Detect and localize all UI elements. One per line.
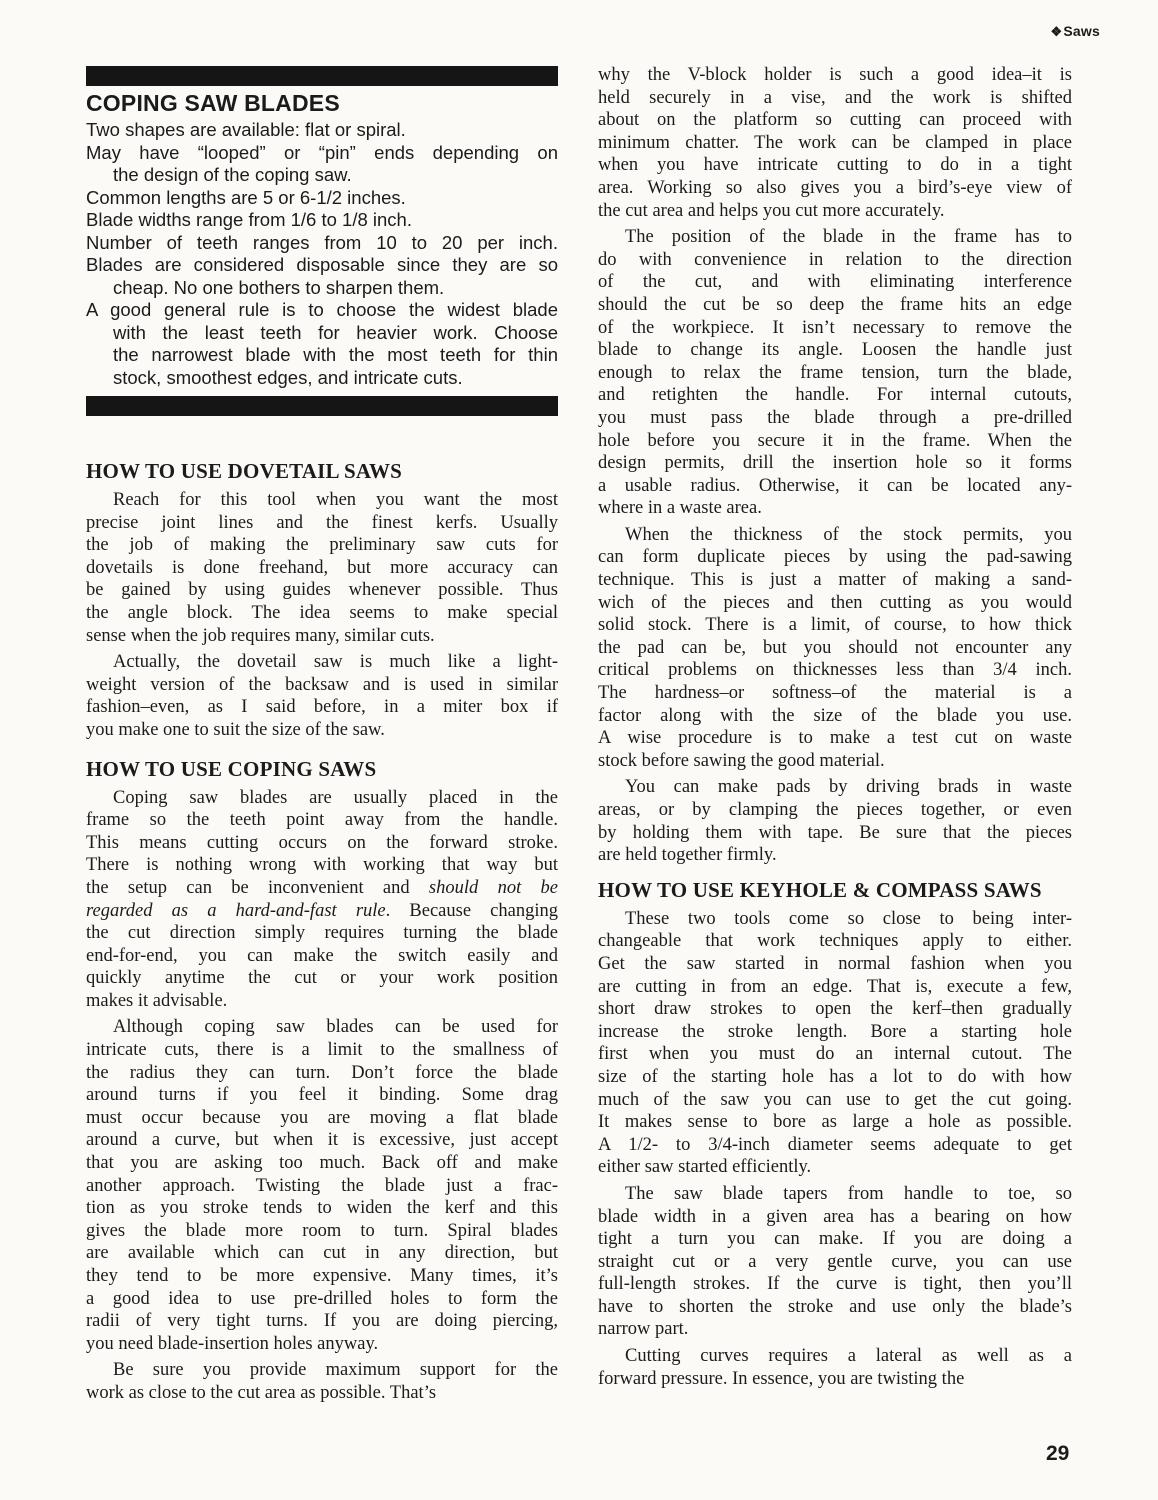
text-line: Coping saw blades are usually placed in … bbox=[86, 787, 558, 810]
text-line: size of the starting hole has a lot to d… bbox=[598, 1066, 1072, 1089]
paragraph: Coping saw blades are usually placed in … bbox=[86, 787, 558, 1013]
text-line: about on the platform so cutting can pro… bbox=[598, 109, 1072, 132]
text-line: sense when the job requires many, simila… bbox=[86, 625, 558, 648]
text-line: when you have intricate cutting to do in… bbox=[598, 154, 1072, 177]
section: HOW TO USE COPING SAWSCoping saw blades … bbox=[86, 756, 558, 1405]
text-line: frame so the teeth point away from the h… bbox=[86, 809, 558, 832]
paragraph: Cutting curves requires a lateral as wel… bbox=[598, 1345, 1072, 1390]
fact-item: Two shapes are available: flat or spiral… bbox=[86, 119, 558, 142]
text-line: fashion–even, as I said before, in a mit… bbox=[86, 696, 558, 719]
top-rule-bar bbox=[86, 66, 558, 86]
text-line: end-for-end, you can make the switch eas… bbox=[86, 945, 558, 968]
text-line: When the thickness of the stock permits,… bbox=[598, 524, 1072, 547]
text-line: factor along with the size of the blade … bbox=[598, 705, 1072, 728]
text-line: makes it advisable. bbox=[86, 990, 558, 1013]
text-line: straight cut or a very gentle curve, you… bbox=[598, 1251, 1072, 1274]
fact-line: Number of teeth ranges from 10 to 20 per… bbox=[86, 232, 558, 255]
fact-item: Blades are considered disposable since t… bbox=[86, 254, 558, 299]
text-line: must occur because you are moving a flat… bbox=[86, 1107, 558, 1130]
paragraph: Reach for this tool when you want the mo… bbox=[86, 489, 558, 647]
text-line: tion as you stroke tends to widen the ke… bbox=[86, 1197, 558, 1220]
section-marker-icon: ❖ bbox=[1051, 24, 1063, 39]
text-line: do with convenience in relation to the d… bbox=[598, 249, 1072, 272]
text-line: you must pass the blade through a pre-dr… bbox=[598, 407, 1072, 430]
text-line: a good idea to use pre-drilled holes to … bbox=[86, 1288, 558, 1311]
text-line: A 1/2- to 3/4-inch diameter seems adequa… bbox=[598, 1134, 1072, 1157]
text-line: weight version of the backsaw and is use… bbox=[86, 674, 558, 697]
fact-item: A good general rule is to choose the wid… bbox=[86, 299, 558, 389]
fact-line: Blades are considered disposable since t… bbox=[86, 254, 558, 277]
text-line: the setup can be inconvenient and should… bbox=[86, 877, 558, 900]
fact-box-items: Two shapes are available: flat or spiral… bbox=[86, 119, 558, 389]
right-column: why the V-block holder is such a good id… bbox=[598, 64, 1072, 1394]
paragraph: The position of the blade in the frame h… bbox=[598, 226, 1072, 520]
fact-line: the design of the coping saw. bbox=[86, 164, 558, 187]
fact-line: Two shapes are available: flat or spiral… bbox=[86, 119, 558, 142]
paragraph: These two tools come so close to being i… bbox=[598, 908, 1072, 1179]
text-line: be gained by using guides whenever possi… bbox=[86, 579, 558, 602]
text-line: The saw blade tapers from handle to toe,… bbox=[598, 1183, 1072, 1206]
text-line: they tend to be more expensive. Many tim… bbox=[86, 1265, 558, 1288]
paragraph: You can make pads by driving brads in wa… bbox=[598, 776, 1072, 866]
fact-item: Number of teeth ranges from 10 to 20 per… bbox=[86, 232, 558, 255]
text-line: quickly anytime the cut or your work pos… bbox=[86, 967, 558, 990]
text-line: Although coping saw blades can be used f… bbox=[86, 1016, 558, 1039]
text-line: stock before sawing the good material. bbox=[598, 750, 1072, 773]
fact-line: the narrowest blade with the most teeth … bbox=[86, 344, 558, 367]
paragraph: Actually, the dovetail saw is much like … bbox=[86, 651, 558, 741]
text-line: minimum chatter. The work can be clamped… bbox=[598, 132, 1072, 155]
text-line: the angle block. The idea seems to make … bbox=[86, 602, 558, 625]
left-column-sections: HOW TO USE DOVETAIL SAWSReach for this t… bbox=[86, 458, 558, 1405]
book-page: ❖Saws COPING SAW BLADES Two shapes are a… bbox=[0, 0, 1158, 1500]
text-line: enough to relax the frame tension, turn … bbox=[598, 362, 1072, 385]
text-line: wich of the pieces and then cutting as y… bbox=[598, 592, 1072, 615]
fact-line: A good general rule is to choose the wid… bbox=[86, 299, 558, 322]
text-line: critical problems on thicknesses less th… bbox=[598, 659, 1072, 682]
text-line: of the workpiece. It isn’t necessary to … bbox=[598, 317, 1072, 340]
text-line: forward pressure. In essence, you are tw… bbox=[598, 1368, 1072, 1391]
text-line: the cut direction simply requires turnin… bbox=[86, 922, 558, 945]
running-head-label: Saws bbox=[1063, 23, 1100, 39]
text-line: The position of the blade in the frame h… bbox=[598, 226, 1072, 249]
text-line: much of the saw you can use to get the c… bbox=[598, 1089, 1072, 1112]
text-line: you make one to suit the size of the saw… bbox=[86, 719, 558, 742]
text-line: These two tools come so close to being i… bbox=[598, 908, 1072, 931]
text-line: technique. This is just a matter of maki… bbox=[598, 569, 1072, 592]
text-line: Actually, the dovetail saw is much like … bbox=[86, 651, 558, 674]
text-line: should the cut be so deep the frame hits… bbox=[598, 294, 1072, 317]
text-line: narrow part. bbox=[598, 1318, 1072, 1341]
text-line: area. Working so also gives you a bird’s… bbox=[598, 177, 1072, 200]
text-line: You can make pads by driving brads in wa… bbox=[598, 776, 1072, 799]
fact-line: stock, smoothest edges, and intricate cu… bbox=[86, 367, 558, 390]
fact-item: Common lengths are 5 or 6-1/2 inches. bbox=[86, 187, 558, 210]
text-line: blade width in a given area has a bearin… bbox=[598, 1206, 1072, 1229]
section: HOW TO USE DOVETAIL SAWSReach for this t… bbox=[86, 458, 558, 742]
text-line: areas, or by clamping the pieces togethe… bbox=[598, 799, 1072, 822]
text-line: Get the saw started in normal fashion wh… bbox=[598, 953, 1072, 976]
paragraph: The saw blade tapers from handle to toe,… bbox=[598, 1183, 1072, 1341]
text-line: design permits, drill the insertion hole… bbox=[598, 452, 1072, 475]
paragraph: Be sure you provide maximum support for … bbox=[86, 1359, 558, 1404]
text-line: blade to change its angle. Loosen the ha… bbox=[598, 339, 1072, 362]
text-line: you need blade-insertion holes anyway. bbox=[86, 1333, 558, 1356]
text-line: hole before you secure it in the frame. … bbox=[598, 430, 1072, 453]
text-line: have to shorten the stroke and use only … bbox=[598, 1296, 1072, 1319]
text-line: short draw strokes to open the kerf–then… bbox=[598, 998, 1072, 1021]
text-line: radii of very tight turns. If you are do… bbox=[86, 1310, 558, 1333]
section: HOW TO USE KEYHOLE & COMPASS SAWSThese t… bbox=[598, 877, 1072, 1390]
text-line: work as close to the cut area as possibl… bbox=[86, 1382, 558, 1405]
text-line: This means cutting occurs on the forward… bbox=[86, 832, 558, 855]
text-line: A wise procedure is to make a test cut o… bbox=[598, 727, 1072, 750]
text-line: increase the stroke length. Bore a start… bbox=[598, 1021, 1072, 1044]
text-line: Be sure you provide maximum support for … bbox=[86, 1359, 558, 1382]
text-line: Cutting curves requires a lateral as wel… bbox=[598, 1345, 1072, 1368]
paragraph: When the thickness of the stock permits,… bbox=[598, 524, 1072, 773]
running-head: ❖Saws bbox=[1051, 23, 1100, 40]
text-line: the radius they can turn. Don’t force th… bbox=[86, 1062, 558, 1085]
paragraph: why the V-block holder is such a good id… bbox=[598, 64, 1072, 222]
paragraph: Although coping saw blades can be used f… bbox=[86, 1016, 558, 1355]
text-line: are available which can cut in any direc… bbox=[86, 1242, 558, 1265]
text-line: tight a turn you can make. If you are do… bbox=[598, 1228, 1072, 1251]
fact-line: Blade widths range from 1/6 to 1/8 inch. bbox=[86, 209, 558, 232]
text-line: It makes sense to bore as large a hole a… bbox=[598, 1111, 1072, 1134]
text-line: why the V-block holder is such a good id… bbox=[598, 64, 1072, 87]
text-line: another approach. Twisting the blade jus… bbox=[86, 1175, 558, 1198]
text-line: by holding them with tape. Be sure that … bbox=[598, 822, 1072, 845]
text-line: where in a waste area. bbox=[598, 497, 1072, 520]
text-line: the cut area and helps you cut more accu… bbox=[598, 200, 1072, 223]
section-heading: HOW TO USE DOVETAIL SAWS bbox=[86, 458, 558, 484]
text-line: gives the blade more room to turn. Spira… bbox=[86, 1220, 558, 1243]
text-line: either saw started efficiently. bbox=[598, 1156, 1072, 1179]
fact-line: May have “looped” or “pin” ends dependin… bbox=[86, 142, 558, 165]
text-line: full-length strokes. If the curve is tig… bbox=[598, 1273, 1072, 1296]
text-line: solid stock. There is a limit, of course… bbox=[598, 614, 1072, 637]
coping-saw-blades-box: COPING SAW BLADES Two shapes are availab… bbox=[86, 90, 558, 389]
text-line: held securely in a vise, and the work is… bbox=[598, 87, 1072, 110]
text-line: that you are asking too much. Back off a… bbox=[86, 1152, 558, 1175]
text-line: can form duplicate pieces by using the p… bbox=[598, 546, 1072, 569]
text-line: the pad can be, but you should not encou… bbox=[598, 637, 1072, 660]
text-line: There is nothing wrong with working that… bbox=[86, 854, 558, 877]
text-line: of the cut, and with eliminating interfe… bbox=[598, 271, 1072, 294]
text-line: precise joint lines and the finest kerfs… bbox=[86, 512, 558, 535]
text-line: are cutting in from an edge. That is, ex… bbox=[598, 976, 1072, 999]
fact-line: with the least teeth for heavier work. C… bbox=[86, 322, 558, 345]
section-heading: HOW TO USE COPING SAWS bbox=[86, 756, 558, 782]
text-line: Reach for this tool when you want the mo… bbox=[86, 489, 558, 512]
text-line: around a curve, but when it is excessive… bbox=[86, 1129, 558, 1152]
fact-item: May have “looped” or “pin” ends dependin… bbox=[86, 142, 558, 187]
fact-item: Blade widths range from 1/6 to 1/8 inch. bbox=[86, 209, 558, 232]
text-line: first when you must do an internal cutou… bbox=[598, 1043, 1072, 1066]
bottom-rule-bar bbox=[86, 396, 558, 416]
text-line: the job of making the preliminary saw cu… bbox=[86, 534, 558, 557]
fact-line: cheap. No one bothers to sharpen them. bbox=[86, 277, 558, 300]
text-line: and retighten the handle. For internal c… bbox=[598, 384, 1072, 407]
text-line: The hardness–or softness–of the material… bbox=[598, 682, 1072, 705]
fact-line: Common lengths are 5 or 6-1/2 inches. bbox=[86, 187, 558, 210]
text-line: changeable that work techniques apply to… bbox=[598, 930, 1072, 953]
text-line: intricate cuts, there is a limit to the … bbox=[86, 1039, 558, 1062]
text-line: around turns if you feel it binding. Som… bbox=[86, 1084, 558, 1107]
section-heading: HOW TO USE KEYHOLE & COMPASS SAWS bbox=[598, 877, 1072, 903]
text-line: are held together firmly. bbox=[598, 844, 1072, 867]
text-line: dovetails is done freehand, but more acc… bbox=[86, 557, 558, 580]
text-line: regarded as a hard-and-fast rule. Becaus… bbox=[86, 900, 558, 923]
fact-box-heading: COPING SAW BLADES bbox=[86, 90, 558, 117]
left-column: COPING SAW BLADES Two shapes are availab… bbox=[86, 66, 558, 1409]
text-line: a usable radius. Otherwise, it can be lo… bbox=[598, 475, 1072, 498]
page-number: 29 bbox=[1046, 1442, 1069, 1466]
